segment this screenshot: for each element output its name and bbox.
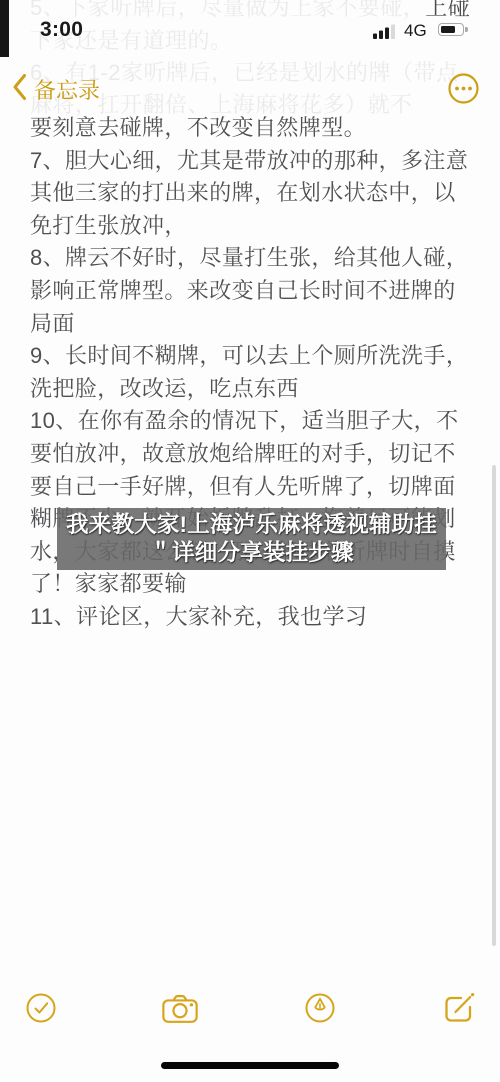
navigation-bar: 备忘录 xyxy=(0,70,500,112)
note-line: 要怕放冲，故意放炮给牌旺的对手，切记不 xyxy=(0,437,500,470)
more-options-button[interactable] xyxy=(447,72,480,105)
note-line: 免打生张放冲， xyxy=(0,209,500,242)
signal-strength-icon xyxy=(373,24,398,44)
back-button-label: 备忘录 xyxy=(34,74,100,105)
status-bar: 3:00 4G xyxy=(0,0,500,54)
notes-app-screen: 5、下家听牌后，尽量做为上家不要碰，上碰 下家还是有道理的。 6、有1-2家听牌… xyxy=(0,0,500,1082)
compose-button[interactable] xyxy=(440,989,478,1027)
camera-button[interactable] xyxy=(161,989,199,1027)
clock: 3:00 xyxy=(40,18,83,42)
note-line: 8、牌云不好时，尽量打生张，给其他人碰， xyxy=(0,241,500,274)
note-line: 7、胆大心细，尤其是带放冲的那种，多注意 xyxy=(0,144,500,177)
markup-pen-icon xyxy=(303,991,337,1025)
compose-icon xyxy=(440,990,477,1027)
scrollbar[interactable] xyxy=(492,465,496,946)
spam-banner-line1: 我来教大家!上海泸乐麻将透视辅助挂 xyxy=(66,511,437,539)
note-line: 其他三家的打出来的牌，在划水状态中，以 xyxy=(0,176,500,209)
note-line: 11、评论区，大家补充，我也学习 xyxy=(0,600,500,633)
spam-banner-line2: ＂详细分享装挂步骤 xyxy=(149,539,353,567)
ellipsis-circle-icon xyxy=(447,72,480,105)
note-line: 影响正常牌型。来改变自己长时间不进牌的 xyxy=(0,274,500,307)
checklist-icon xyxy=(24,991,58,1025)
battery-icon xyxy=(438,23,464,36)
note-line: 9、长时间不糊牌，可以去上个厕所洗洗手， xyxy=(0,339,500,372)
bottom-toolbar xyxy=(0,986,500,1030)
network-type-label: 4G xyxy=(404,21,427,41)
chevron-left-icon xyxy=(12,73,27,106)
note-line: 要刻意去碰牌，不改变自然牌型。 xyxy=(0,111,500,144)
back-button[interactable]: 备忘录 xyxy=(12,73,100,106)
home-indicator[interactable] xyxy=(161,1062,339,1069)
note-line: 要自己一手好牌，但有人先听牌了，切牌面 xyxy=(0,470,500,503)
camera-icon xyxy=(161,992,199,1025)
note-line: 了！家家都要输 xyxy=(0,567,500,600)
markup-button[interactable] xyxy=(301,989,339,1027)
spam-overlay-banner: 我来教大家!上海泸乐麻将透视辅助挂 ＂详细分享装挂步骤 xyxy=(57,508,446,570)
checklist-button[interactable] xyxy=(22,989,60,1027)
note-line: 洗把脸，改改运，吃点东西 xyxy=(0,372,500,405)
note-line: 10、在你有盈余的情况下，适当胆子大，不 xyxy=(0,404,500,437)
note-line: 局面 xyxy=(0,307,500,340)
